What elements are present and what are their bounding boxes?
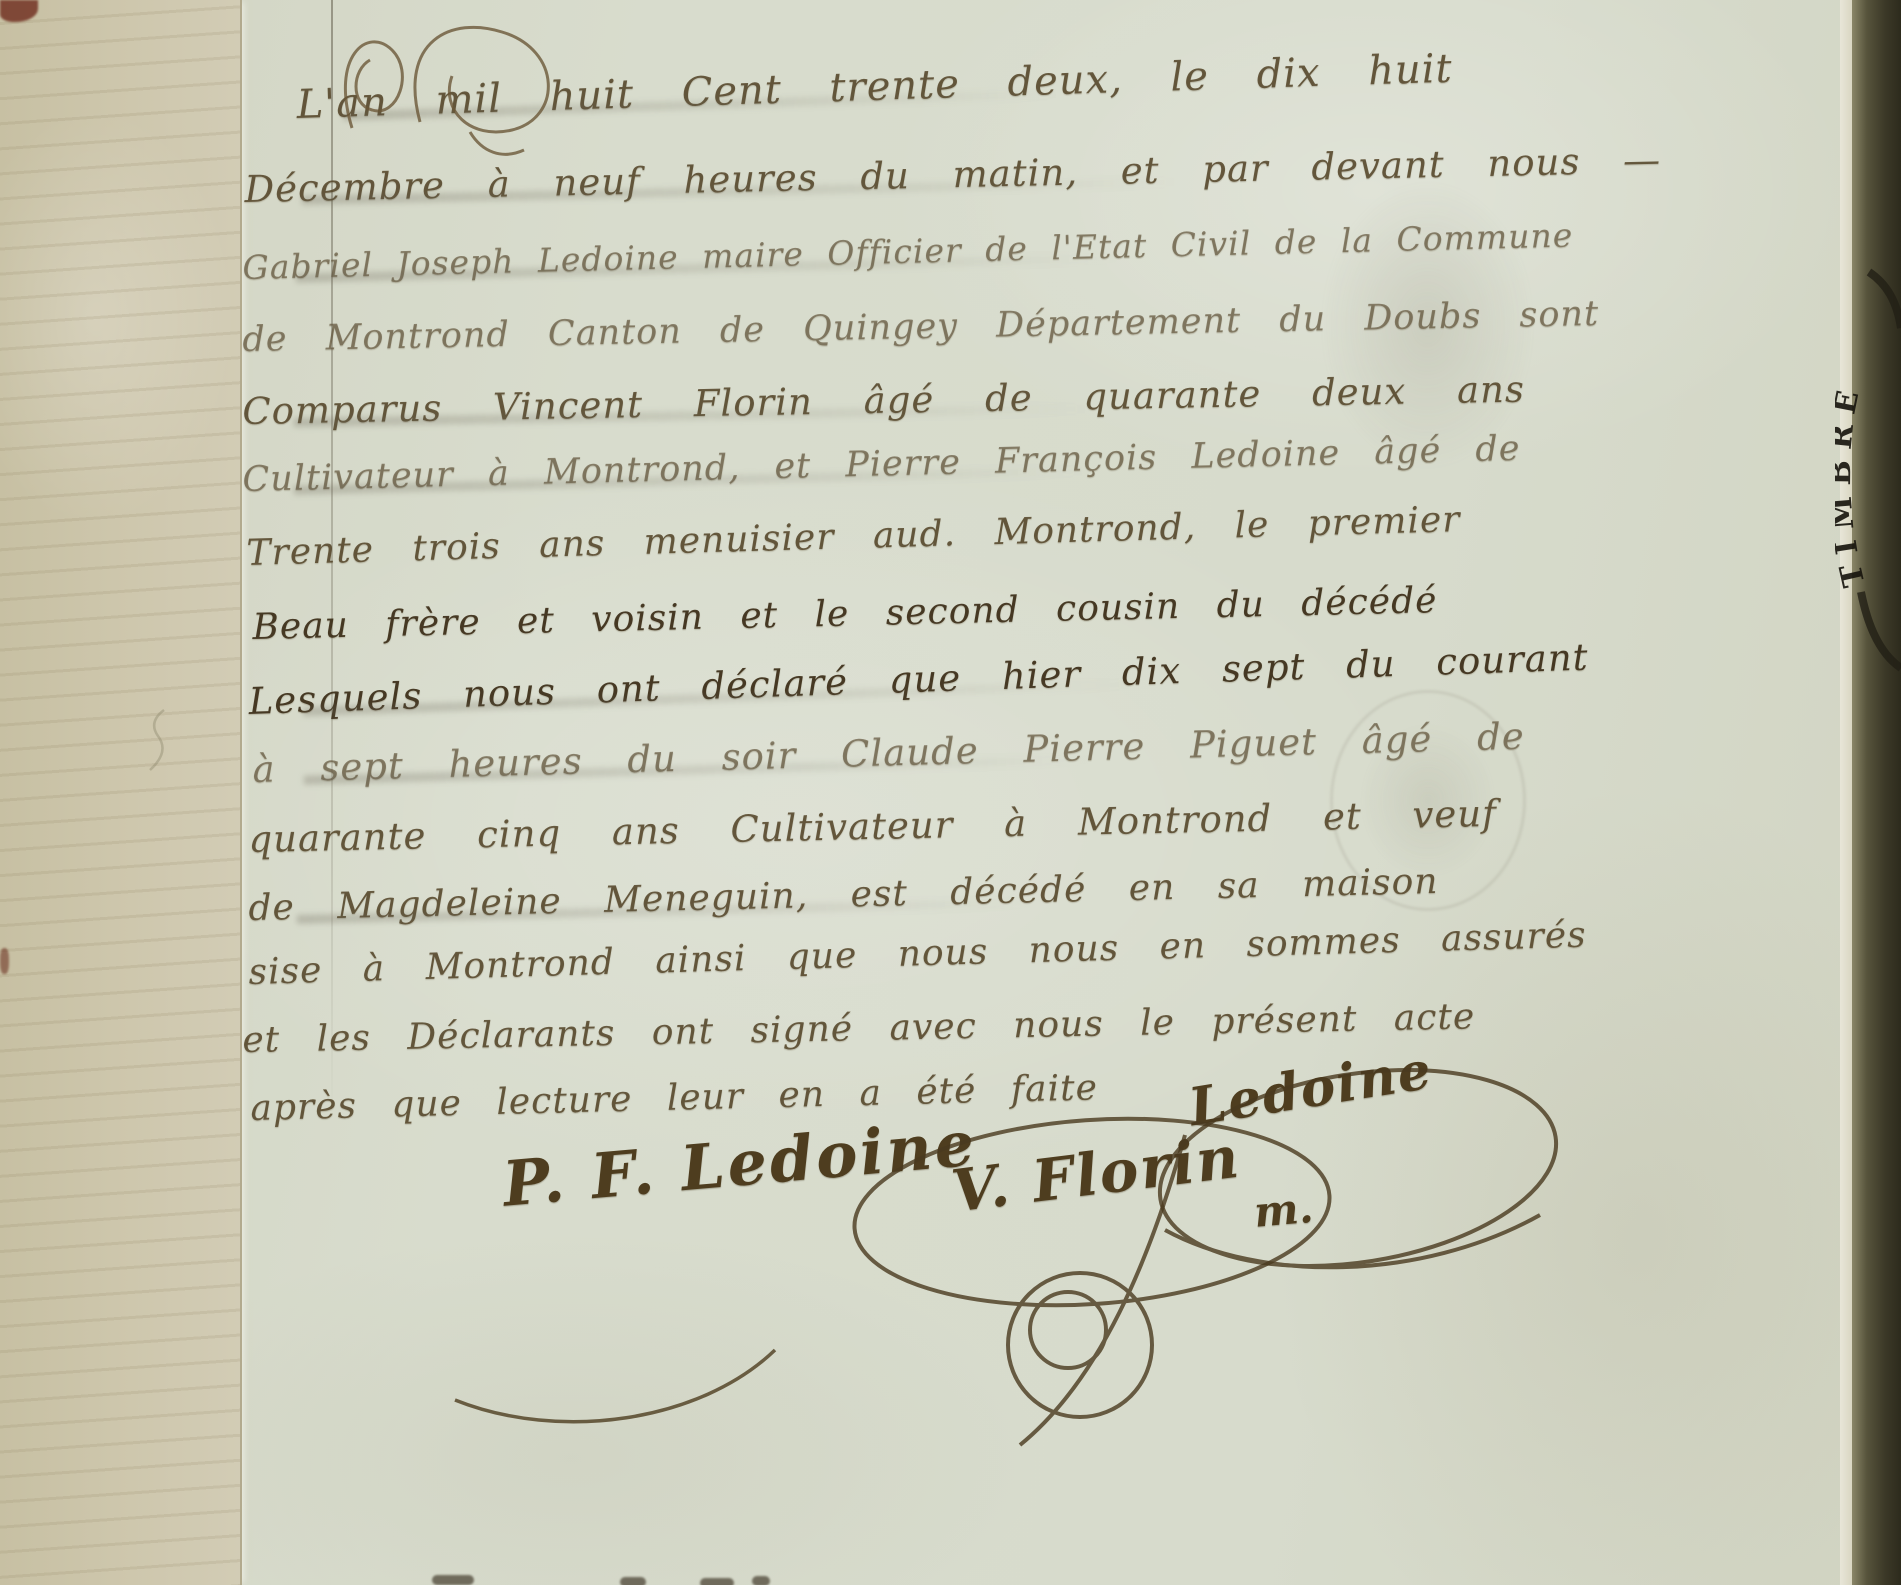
signature-pf-ledoine: P. F. Ledoine	[500, 1107, 980, 1221]
signature-underline-swash	[455, 1350, 775, 1422]
manuscript-line: de Magdeleine Meneguin, est décédé en sa…	[248, 861, 1439, 929]
manuscript-line: Comparus Vincent Florin âgé de quarante …	[242, 368, 1525, 433]
signature-ledoine-maire: Ledoine	[1185, 1040, 1437, 1139]
manuscript-line: sise à Montrond ainsi que nous nous en s…	[248, 915, 1587, 993]
signature-ledoine-maire-initial: m.	[1252, 1183, 1315, 1237]
timbre-stamp: TIMBRE	[1835, 232, 1901, 672]
manuscript-death-record-page: L'an mil huit Cent trente deux, le dix h…	[0, 0, 1901, 1585]
manuscript-line: L'an mil huit Cent trente deux, le dix h…	[296, 46, 1453, 128]
svg-text:TIMBRE: TIMBRE	[1835, 378, 1873, 590]
manuscript-line: Cultivateur à Montrond, et Pierre Franço…	[242, 429, 1521, 500]
page-left-margin	[0, 0, 242, 1585]
signature-v-florin: V. Florin	[948, 1123, 1244, 1226]
manuscript-line: Beau frère et voisin et le second cousin…	[252, 580, 1438, 648]
timbre-stamp-ring-bottom	[1861, 592, 1901, 668]
manuscript-line: et les Déclarants ont signé avec nous le…	[242, 996, 1476, 1061]
timbre-stamp-ring-top	[1869, 272, 1901, 328]
manuscript-line: quarante cinq ans Cultivateur à Montrond…	[248, 792, 1497, 861]
manuscript-line: Trente trois ans menuisier aud. Montrond…	[246, 499, 1461, 574]
red-edge-speck	[0, 948, 9, 974]
timbre-stamp-text: TIMBRE	[1835, 378, 1873, 590]
